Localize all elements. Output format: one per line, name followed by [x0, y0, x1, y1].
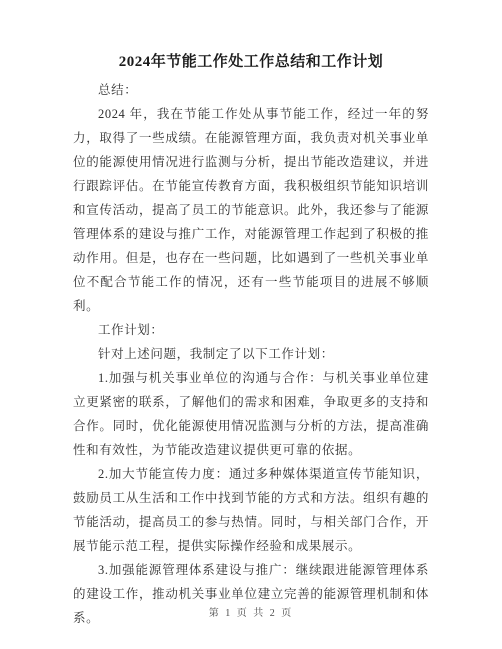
page-number-text: 第 1 页 共 2 页: [209, 608, 294, 619]
plan-heading: 工作计划：: [73, 318, 429, 342]
plan-item-1: 1.加强与机关事业单位的沟通与合作：与机关事业单位建立更紧密的联系，了解他们的需…: [73, 366, 429, 462]
document-body: 总结： 2024 年，我在节能工作处从事节能工作，经过一年的努力，取得了一些成绩…: [73, 78, 429, 630]
document-title: 2024年节能工作处工作总结和工作计划: [0, 0, 502, 73]
summary-heading: 总结：: [73, 78, 429, 102]
plan-intro: 针对上述问题，我制定了以下工作计划：: [73, 342, 429, 366]
page-footer: 第 1 页 共 2 页: [0, 604, 502, 619]
summary-paragraph: 2024 年，我在节能工作处从事节能工作，经过一年的努力，取得了一些成绩。在能源…: [73, 102, 429, 318]
document-page: 2024年节能工作处工作总结和工作计划 总结： 2024 年，我在节能工作处从事…: [0, 0, 502, 649]
plan-item-3: 3.加强能源管理体系建设与推广：继续跟进能源管理体系的建设工作，推动机关事业单位…: [73, 558, 429, 630]
plan-item-2: 2.加大节能宣传力度：通过多种媒体渠道宣传节能知识，鼓励员工从生活和工作中找到节…: [73, 462, 429, 558]
